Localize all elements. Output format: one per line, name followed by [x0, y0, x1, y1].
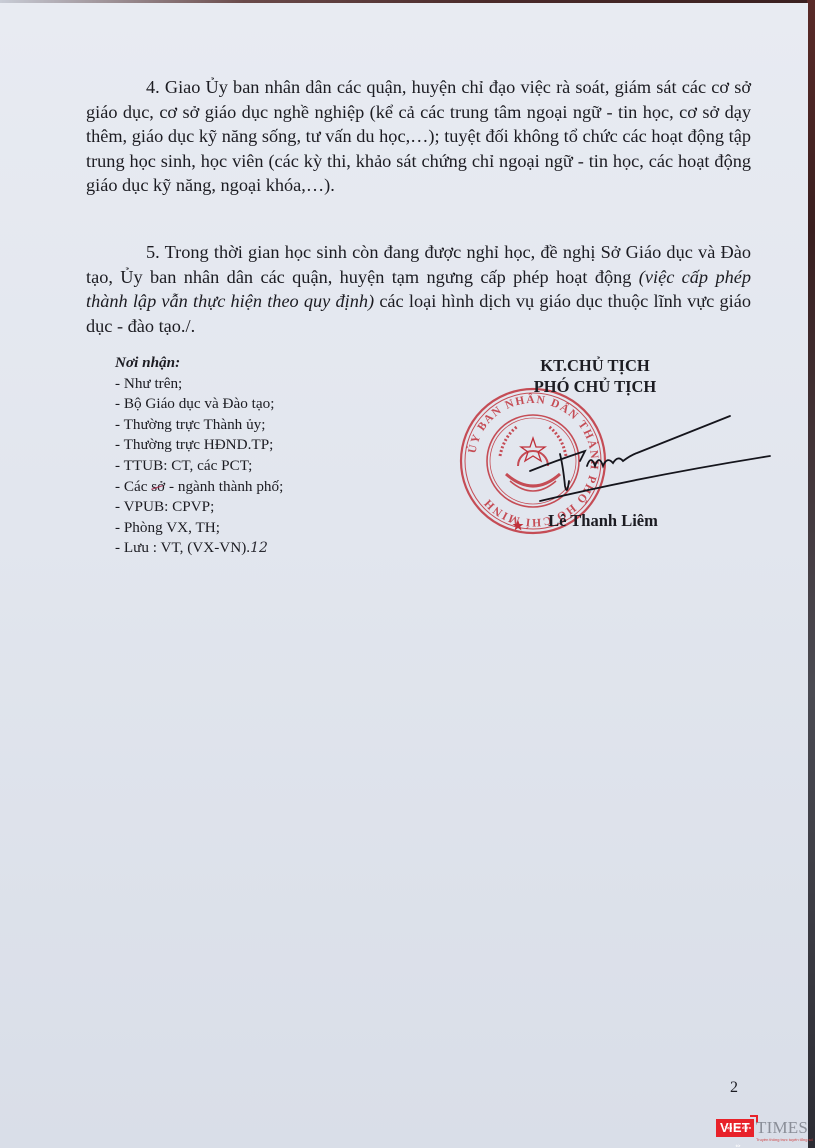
handwritten-strike: sở — [151, 478, 165, 495]
watermark-top-tagline: Tạp chí điện tử — [722, 1119, 754, 1148]
recipients-title: Nơi nhận: — [115, 353, 283, 374]
recipient-item-struck: - Các sở - ngành thành phố; — [115, 477, 283, 498]
recipient-item-archive: - Lưu : VT, (VX-VN).12 — [115, 538, 283, 559]
recipient-item: - Thường trực Thành ủy; — [115, 415, 283, 436]
signature-title-line1: KT.CHỦ TỊCH — [490, 355, 700, 376]
paragraph-4: 4. Giao Ủy ban nhân dân các quận, huyện … — [86, 75, 751, 198]
recipient-text: - Các — [115, 478, 151, 495]
recipient-text: - ngành thành phố; — [165, 478, 283, 495]
recipient-item: - Như trên; — [115, 374, 283, 395]
recipient-text: - Lưu : VT, (VX-VN). — [115, 539, 250, 556]
handwritten-initials: 12 — [250, 540, 268, 556]
paragraph-5: 5. Trong thời gian học sinh còn đang đượ… — [86, 240, 751, 338]
recipients-list: Nơi nhận: - Như trên; - Bộ Giáo dục và Đ… — [115, 353, 283, 559]
page-number: 2 — [730, 1079, 738, 1097]
signer-name: Lê Thanh Liêm — [503, 511, 703, 531]
signature-title-line2: PHÓ CHỦ TỊCH — [490, 376, 700, 397]
viettimes-watermark: Tạp chí điện tửVIET TIMES Truyền thông t… — [716, 1112, 811, 1142]
handwritten-signature-icon — [525, 411, 775, 506]
paragraph-4-text: 4. Giao Ủy ban nhân dân các quận, huyện … — [86, 77, 751, 195]
document-page: 4. Giao Ủy ban nhân dân các quận, huyện … — [0, 3, 808, 1148]
watermark-brand-red: Tạp chí điện tửVIET — [716, 1119, 754, 1137]
recipient-item: - Thường trực HĐND.TP; — [115, 435, 283, 456]
recipient-item: - VPUB: CPVP; — [115, 497, 283, 518]
watermark-brand-gray: TIMES — [756, 1118, 808, 1138]
photo-background-right — [807, 0, 815, 1148]
signature-title: KT.CHỦ TỊCH PHÓ CHỦ TỊCH — [490, 355, 700, 397]
recipient-item: - Phòng VX, TH; — [115, 518, 283, 539]
watermark-bottom-tagline: Truyền thông trực tuyến tổng số — [756, 1137, 813, 1142]
recipient-item: - Bộ Giáo dục và Đào tạo; — [115, 394, 283, 415]
recipient-item: - TTUB: CT, các PCT; — [115, 456, 283, 477]
